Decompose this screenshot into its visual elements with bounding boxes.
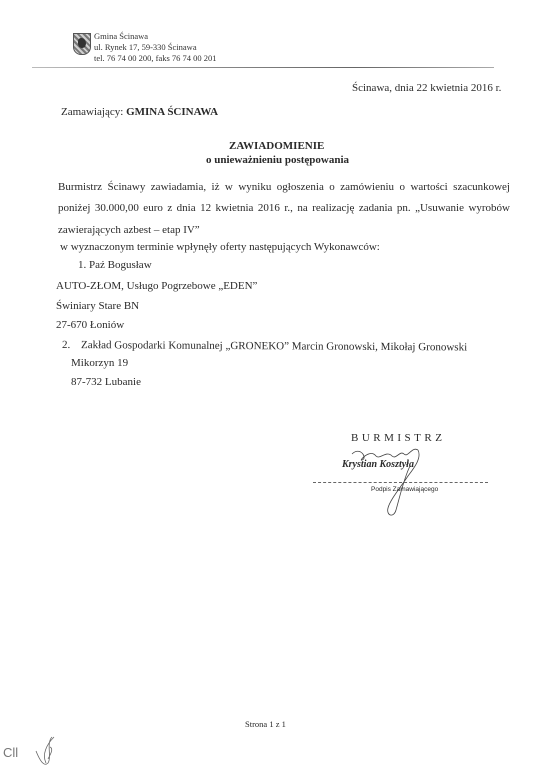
body-line-2: poniżej 30.000,00 euro z dnia 12 kwietni… bbox=[58, 202, 510, 214]
ordering-party-name: GMINA ŚCINAWA bbox=[126, 106, 218, 118]
coat-of-arms-icon bbox=[73, 33, 91, 55]
signatory-name: Krystian Kosztyła bbox=[342, 459, 414, 470]
offer-2-street: Mikorzyn 19 bbox=[71, 356, 128, 370]
body-line-4: w wyznaczonym terminie wpłynęły oferty n… bbox=[60, 240, 380, 254]
page-number: Strona 1 z 1 bbox=[245, 719, 286, 729]
offer-2-city: 87-732 Lubanie bbox=[71, 375, 141, 389]
body-line-3: zawierających azbest – etap IV” bbox=[58, 223, 200, 237]
document-title: ZAWIADOMIENIE bbox=[229, 139, 324, 153]
offer-2-number: 2. bbox=[62, 339, 70, 351]
offer-2-company: 2. Zakład Gospodarki Komunalnej „GRONEKO… bbox=[62, 338, 467, 354]
offer-1-street: Świniary Stare BN bbox=[56, 299, 139, 313]
offer-1-number: 1. bbox=[78, 259, 86, 271]
org-address: ul. Rynek 17, 59-330 Ścinawa bbox=[94, 42, 197, 53]
ordering-party-label: Zamawiający: bbox=[61, 106, 123, 118]
body-line-1: Burmistrz Ścinawy zawiadamia, iż w wynik… bbox=[58, 181, 510, 193]
handwritten-mark-icon bbox=[30, 733, 70, 768]
place-date: Ścinawa, dnia 22 kwietnia 2016 r. bbox=[352, 81, 501, 95]
offer-1-name: 1. Paź Bogusław bbox=[78, 258, 152, 272]
ordering-party: Zamawiający: GMINA ŚCINAWA bbox=[61, 105, 218, 119]
org-contact: tel. 76 74 00 200, faks 76 74 00 201 bbox=[94, 53, 217, 64]
offer-1-company: AUTO-ZŁOM, Usługo Pogrzebowe „EDEN” bbox=[56, 279, 257, 293]
handwritten-initials: Cll bbox=[3, 745, 18, 760]
signature-line bbox=[313, 482, 488, 483]
signature-caption: Podpis Zamawiającego bbox=[371, 486, 438, 493]
handwritten-signature-icon bbox=[330, 438, 460, 523]
header-divider bbox=[32, 67, 494, 68]
org-name: Gmina Ścinawa bbox=[94, 31, 148, 42]
document-subtitle: o unieważnieniu postępowania bbox=[206, 153, 349, 167]
offer-1-city: 27-670 Łoniów bbox=[56, 318, 124, 332]
